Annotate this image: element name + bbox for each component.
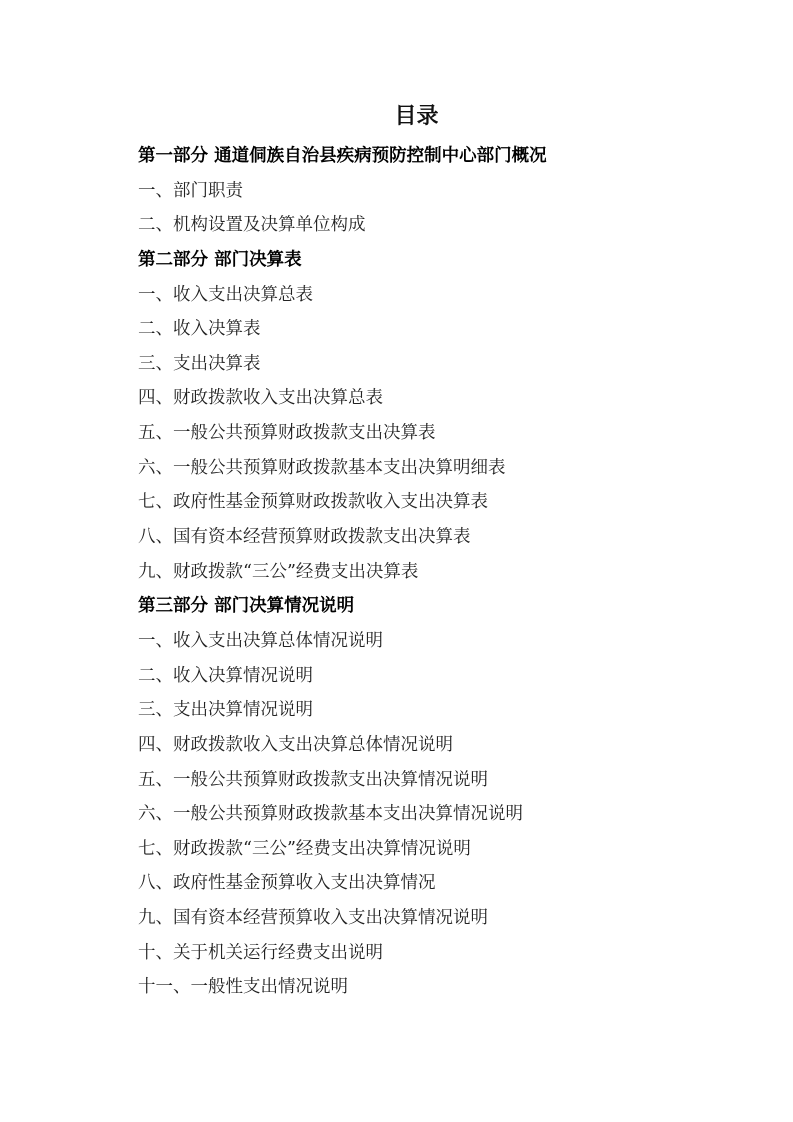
toc-item[interactable]: 八、国有资本经营预算财政拨款支出决算表 [138,520,547,555]
part-1-heading[interactable]: 第一部分 通道侗族自治县疾病预防控制中心部门概况 [138,139,547,174]
toc-item[interactable]: 四、财政拨款收入支出决算总表 [138,381,547,416]
toc-item[interactable]: 三、支出决算表 [138,347,547,382]
toc-item[interactable]: 六、一般公共预算财政拨款基本支出决算情况说明 [138,797,547,832]
toc-item[interactable]: 二、收入决算表 [138,312,547,347]
toc-item[interactable]: 五、一般公共预算财政拨款支出决算情况说明 [138,763,547,798]
toc-item[interactable]: 九、财政拨款“三公”经费支出决算表 [138,555,547,590]
toc-item[interactable]: 一、部门职责 [138,174,547,209]
toc-item[interactable]: 九、国有资本经营预算收入支出决算情况说明 [138,901,547,936]
toc-item[interactable]: 二、收入决算情况说明 [138,659,547,694]
toc-item[interactable]: 一、收入支出决算总体情况说明 [138,624,547,659]
toc-item[interactable]: 三、支出决算情况说明 [138,693,547,728]
toc-item[interactable]: 八、政府性基金预算收入支出决算情况 [138,866,547,901]
toc-item[interactable]: 七、政府性基金预算财政拨款收入支出决算表 [138,485,547,520]
toc-item[interactable]: 十一、一般性支出情况说明 [138,970,547,1005]
toc-item[interactable]: 二、机构设置及决算单位构成 [138,208,547,243]
part-3-heading[interactable]: 第三部分 部门决算情况说明 [138,589,547,624]
toc-title: 目录 [20,100,793,134]
toc-item[interactable]: 十、关于机关运行经费支出说明 [138,936,547,971]
toc-item[interactable]: 一、收入支出决算总表 [138,278,547,313]
toc-item[interactable]: 五、一般公共预算财政拨款支出决算表 [138,416,547,451]
toc-item[interactable]: 四、财政拨款收入支出决算总体情况说明 [138,728,547,763]
toc-item[interactable]: 七、财政拨款“三公”经费支出决算情况说明 [138,832,547,867]
toc-item[interactable]: 六、一般公共预算财政拨款基本支出决算明细表 [138,451,547,486]
part-2-heading[interactable]: 第二部分 部门决算表 [138,243,547,278]
table-of-contents: 第一部分 通道侗族自治县疾病预防控制中心部门概况 一、部门职责 二、机构设置及决… [138,139,547,1005]
